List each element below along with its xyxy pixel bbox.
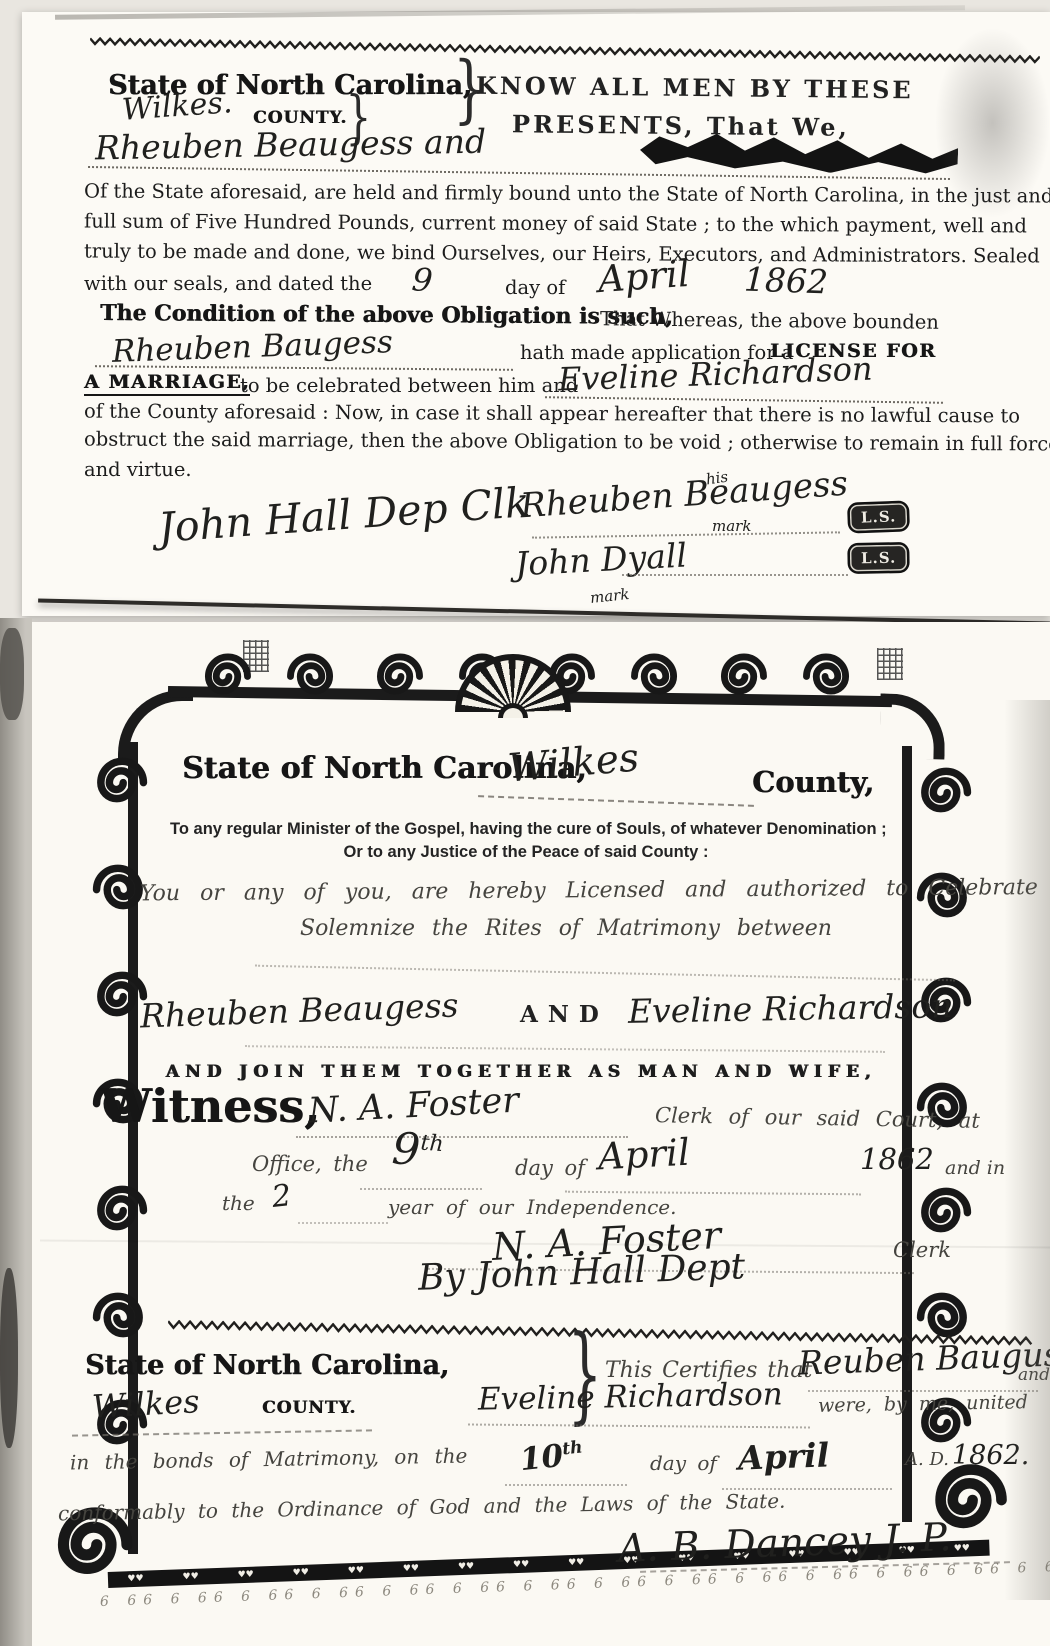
license-witness-label: Witness, bbox=[100, 1080, 320, 1133]
license-clerk-name-line bbox=[296, 1136, 628, 1138]
scroll-ornament bbox=[916, 766, 972, 815]
heart-ornament: ♥♥ bbox=[954, 1543, 971, 1554]
license-indep-line bbox=[298, 1222, 388, 1224]
cert-day-number: 10 bbox=[518, 1438, 565, 1478]
scan-edge-left-strip bbox=[0, 618, 32, 1646]
bond-dated-year: 1862 bbox=[743, 261, 828, 302]
cert-state-heading: State of North Carolina, bbox=[85, 1350, 449, 1381]
license-indep-suffix: year of our Independence. bbox=[388, 1196, 676, 1219]
cert-ad-text: A. D. bbox=[905, 1450, 949, 1471]
heart-ornament: ♥♥ bbox=[293, 1567, 310, 1578]
license-office-month: April bbox=[597, 1132, 691, 1179]
license-grant-line2: Solemnize the Rites of Matrimony between bbox=[300, 916, 832, 941]
license-office-prefix: Office, the bbox=[252, 1152, 368, 1176]
license-office-day: 9th bbox=[390, 1124, 444, 1178]
license-minister-line1: To any regular Minister of the Gospel, h… bbox=[170, 820, 882, 839]
scanned-page: State of North Carolina, } KNOW ALL MEN … bbox=[0, 0, 1050, 1646]
seal-badge-bondsman: L.S. bbox=[850, 545, 908, 572]
bond-dated-prefix: with our seals, and dated the bbox=[84, 273, 372, 295]
scroll-ornament bbox=[716, 652, 768, 697]
heart-ornament: ♥♥ bbox=[182, 1572, 199, 1583]
heart-ornament: ♥♥ bbox=[348, 1565, 365, 1576]
cert-day-line bbox=[505, 1484, 627, 1486]
license-indep-value: 2 bbox=[270, 1179, 293, 1215]
cert-united-text: were, by me, united bbox=[818, 1392, 1028, 1418]
scan-smudge-left-mid bbox=[0, 1268, 18, 1448]
bond-bondsman-line bbox=[622, 574, 848, 576]
license-office-day-line bbox=[360, 1188, 482, 1190]
cert-and-text: and bbox=[1018, 1366, 1050, 1386]
cert-month: April bbox=[737, 1436, 829, 1477]
office-day-suffix: th bbox=[420, 1131, 445, 1158]
heart-ornament: ♥♥ bbox=[513, 1559, 530, 1570]
scroll-ornament bbox=[92, 1291, 148, 1340]
license-clerk-title: Clerk bbox=[893, 1238, 951, 1262]
scroll-ornament bbox=[286, 652, 338, 697]
office-day-number: 9 bbox=[390, 1123, 421, 1176]
scroll-ornament bbox=[630, 652, 682, 697]
license-bride-name: Eveline Richardson bbox=[628, 987, 953, 1031]
bond-dated-month: April bbox=[597, 253, 692, 302]
scan-smudge-left-top bbox=[0, 628, 24, 720]
bond-dated-day: 9 bbox=[410, 261, 434, 300]
bond-between-text: to be celebrated between him and bbox=[240, 375, 578, 397]
license-county-label: County, bbox=[752, 766, 874, 799]
scroll-ornament bbox=[200, 652, 252, 697]
heart-ornament: ♥♥ bbox=[237, 1569, 254, 1580]
bond-know-line2: PRESENTS, That We, bbox=[512, 110, 850, 141]
bond-principals: Rheuben Beaugess and bbox=[95, 123, 487, 168]
scroll-ornament bbox=[916, 1186, 972, 1235]
license-conjunction: AND bbox=[520, 1002, 609, 1028]
scroll-ornament bbox=[92, 756, 148, 805]
bond-know-line1: KNOW ALL MEN BY THESE bbox=[476, 72, 914, 104]
license-minister-line2: Or to any Justice of the Peace of said C… bbox=[170, 843, 882, 862]
bond-marriage-bold: A MARRIAGE, bbox=[84, 372, 250, 396]
cert-bride-name: Eveline Richardson bbox=[478, 1377, 783, 1418]
heart-ornament: ♥♥ bbox=[568, 1557, 585, 1568]
bond-groom-his: his bbox=[705, 469, 729, 489]
bond-closing-line3: and virtue. bbox=[84, 459, 192, 481]
cert-county-value: Wilkes bbox=[91, 1383, 200, 1425]
scroll-ornament bbox=[802, 652, 854, 697]
heart-ornament: ♥♥ bbox=[458, 1561, 475, 1572]
scroll-ornament bbox=[92, 1184, 148, 1233]
cert-day: 10th bbox=[518, 1437, 585, 1479]
cert-year: 1862. bbox=[952, 1440, 1029, 1471]
lattice-ornament-right bbox=[877, 648, 903, 680]
license-office-dayof: day of bbox=[515, 1156, 585, 1180]
bond-dated-dayof: day of bbox=[505, 277, 565, 299]
heart-ornament: ♥♥ bbox=[127, 1574, 144, 1585]
license-office-andin: and in bbox=[945, 1158, 1005, 1180]
heart-ornament: ♥♥ bbox=[403, 1563, 420, 1574]
cert-county-label: COUNTY. bbox=[262, 1399, 356, 1419]
cert-day-suffix: th bbox=[561, 1437, 583, 1459]
bond-condition-rest: That Whereas, the above bounden bbox=[600, 308, 939, 334]
scroll-ornament bbox=[372, 652, 424, 697]
cert-dayof-text: day of bbox=[650, 1452, 717, 1475]
license-indep-prefix: the bbox=[222, 1192, 255, 1215]
seal-badge-groom: L.S. bbox=[850, 503, 908, 531]
license-office-year: 1862 bbox=[860, 1143, 934, 1176]
